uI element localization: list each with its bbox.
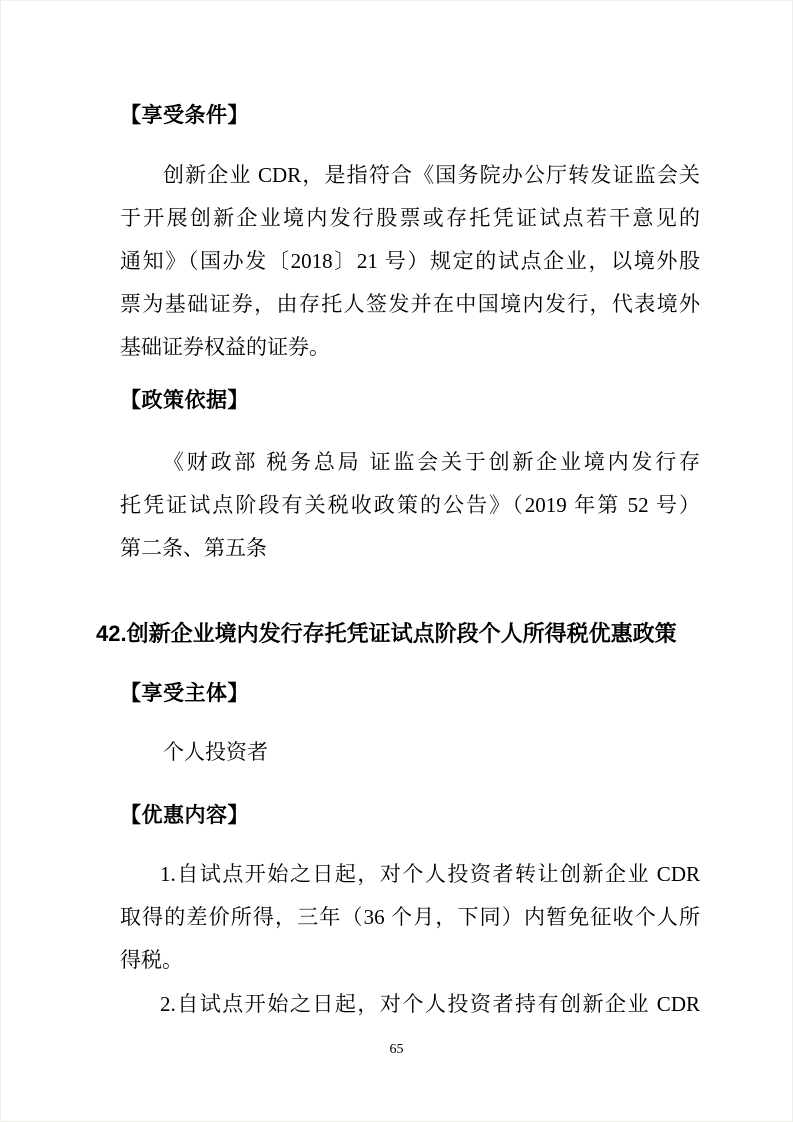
- paragraph-line: 得税。: [120, 939, 700, 982]
- paragraph-line: 票为基础证券，由存托人签发并在中国境内发行，代表境外: [120, 283, 700, 326]
- heading-eligibility-conditions: 【享受条件】: [120, 94, 700, 137]
- section-42-title: 42.创新企业境内发行存托凭证试点阶段个人所得税优惠政策: [96, 611, 700, 657]
- paragraph-benefit-item-1: 1.自试点开始之日起，对个人投资者转让创新企业 CDR 取得的差价所得，三年（3…: [120, 853, 700, 982]
- heading-beneficiaries: 【享受主体】: [120, 672, 700, 715]
- paragraph-beneficiaries: 个人投资者: [120, 731, 700, 774]
- paragraph-line: 1.自试点开始之日起，对个人投资者转让创新企业 CDR: [120, 853, 700, 896]
- page-number: 65: [0, 1041, 793, 1059]
- paragraph-line: 2.自试点开始之日起，对个人投资者持有创新企业 CDR: [120, 983, 700, 1026]
- document-page: 【享受条件】 创新企业 CDR，是指符合《国务院办公厅转发证监会关 于开展创新企…: [0, 0, 793, 1122]
- paragraph-policy-basis: 《财政部 税务总局 证监会关于创新企业境内发行存 托凭证试点阶段有关税收政策的公…: [120, 441, 700, 570]
- paragraph-line: 取得的差价所得，三年（36 个月，下同）内暂免征收个人所: [120, 896, 700, 939]
- paragraph-line: 于开展创新企业境内发行股票或存托凭证试点若干意见的: [120, 197, 700, 240]
- paragraph-cdr-definition: 创新企业 CDR，是指符合《国务院办公厅转发证监会关 于开展创新企业境内发行股票…: [120, 154, 700, 369]
- paragraph-line: 托凭证试点阶段有关税收政策的公告》（2019 年第 52 号）: [120, 484, 700, 527]
- paragraph-line: 基础证券权益的证券。: [120, 326, 700, 369]
- paragraph-line: 创新企业 CDR，是指符合《国务院办公厅转发证监会关: [120, 154, 700, 197]
- page-content: 【享受条件】 创新企业 CDR，是指符合《国务院办公厅转发证监会关 于开展创新企…: [120, 0, 700, 1026]
- paragraph-line: 第二条、第五条: [120, 527, 700, 570]
- heading-benefit-content: 【优惠内容】: [120, 794, 700, 837]
- paragraph-line: 《财政部 税务总局 证监会关于创新企业境内发行存: [120, 441, 700, 484]
- paragraph-line: 个人投资者: [120, 731, 700, 774]
- paragraph-benefit-item-2: 2.自试点开始之日起，对个人投资者持有创新企业 CDR: [120, 983, 700, 1026]
- paragraph-line: 通知》（国办发〔2018〕21 号）规定的试点企业，以境外股: [120, 240, 700, 283]
- heading-policy-basis: 【政策依据】: [120, 379, 700, 422]
